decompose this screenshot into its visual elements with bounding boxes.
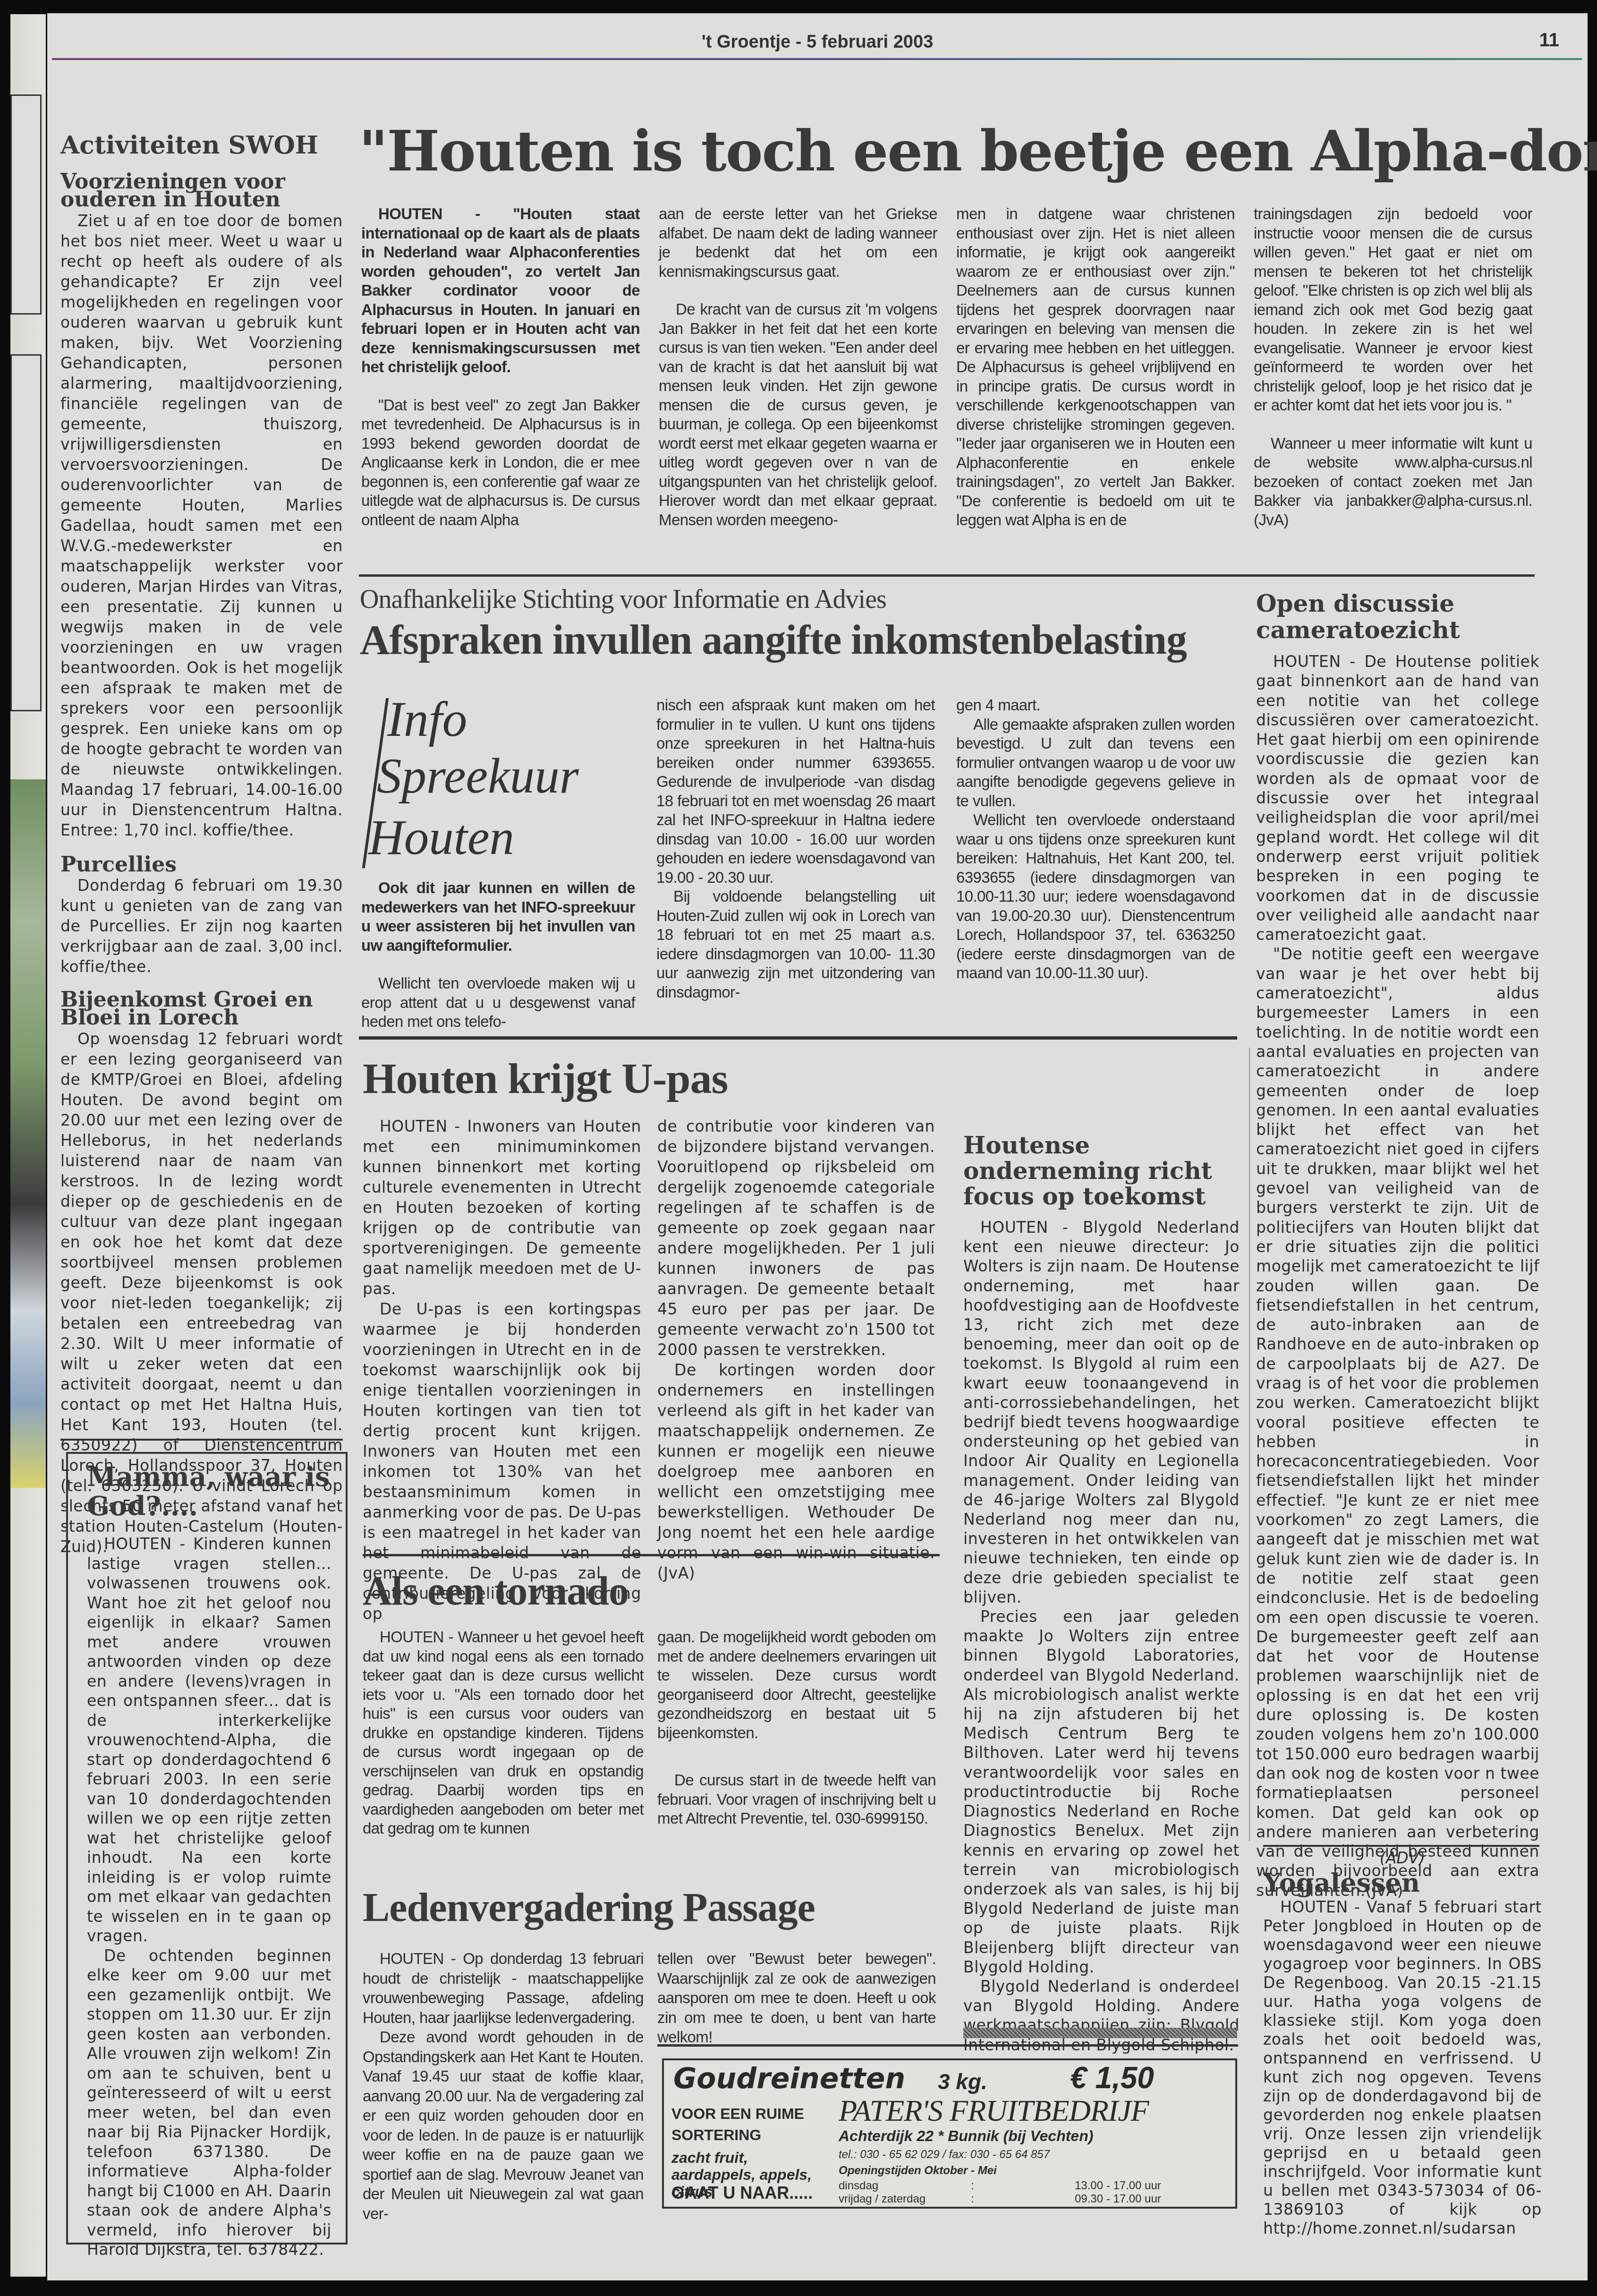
aangifte-col-2: nisch een afspraak kunt maken om het for…	[656, 696, 935, 1002]
article-title: Open discussie cameratoezicht	[1256, 590, 1539, 643]
alpha-col-3: men in datgene waar christenen enthousia…	[956, 205, 1235, 530]
ad-hours-day: vrijdag / zaterdag	[839, 2193, 926, 2206]
article-title: Mamma, waar is God?....	[87, 1462, 331, 1521]
article-body: HOUTEN - Kinderen kunnen lastige vragen …	[87, 1534, 331, 2260]
article-title: Yogalessen	[1263, 1868, 1542, 1898]
upas-col-1: HOUTEN - Inwoners van Houten met een min…	[363, 1116, 641, 1624]
hatched-divider	[963, 2028, 1237, 2038]
aangifte-col-3: gen 4 maart. Alle gemaakte afspraken zul…	[956, 696, 1235, 983]
alpha-col-4: trainingsdagen zijn bedoeld voor instruc…	[1254, 205, 1532, 529]
aangifte-col-1: Ook dit jaar kunnen en willen de medewer…	[361, 879, 635, 1032]
alpha-col-1: HOUTEN - "Houten staat internationaal op…	[361, 205, 640, 529]
ad-hours-day: dinsdag	[839, 2179, 878, 2193]
info-spreekuur-logo: Info Spreekuur Houten	[364, 693, 628, 873]
ad-weight: 3 kg.	[938, 2069, 987, 2094]
upas-col-2: de contributie voor kinderen van de bijz…	[657, 1116, 935, 1583]
camera-article: Open discussie cameratoezicht HOUTEN - D…	[1256, 590, 1539, 1900]
article-title: Houtense onderneming richt focus op toek…	[963, 1133, 1240, 1209]
ad-company: PATER'S FRUITBEDRIJF	[839, 2093, 1149, 2128]
divider	[359, 574, 1535, 577]
newspaper-page: 't Groentje - 5 februari 2003 11 Activit…	[47, 13, 1588, 2280]
swoh-section-title: Activiteiten SWOH	[60, 131, 343, 160]
paters-fruitbedrijf-ad: Goudreinetten 3 kg. € 1,50 VOOR EEN RUIM…	[662, 2058, 1237, 2209]
ad-contact: tel.: 030 - 65 62 029 / fax: 030 - 65 64…	[839, 2148, 1050, 2161]
passage-headline: Ledenvergadering Passage	[363, 1884, 815, 1931]
swoh-section: Activiteiten SWOH Voorzieningen voor oud…	[60, 131, 343, 1557]
ad-price: € 1,50	[1070, 2060, 1154, 2095]
page-number: 11	[1539, 30, 1559, 51]
ad-address: Achterdijk 22 * Bunnik (bij Vechten)	[839, 2127, 1093, 2145]
passage-col-1: HOUTEN - Op donderdag 13 februari houdt …	[363, 1949, 644, 2223]
adv-label: (ADV)	[1263, 1849, 1542, 1868]
logo-line: Houten	[368, 807, 514, 868]
article-title: Purcellies	[60, 854, 343, 875]
tornado-col-2: gaan. De mogelijkheid wordt geboden om m…	[657, 1628, 936, 1828]
mamma-box: Mamma, waar is God?.... HOUTEN - Kindere…	[66, 1452, 348, 2245]
alpha-col-2: aan de eerste letter van het Griekse alf…	[659, 205, 937, 529]
article-body: Ziet u af en toe door de bomen het bos n…	[60, 211, 343, 840]
ad-left-line: GAAT U NAAR.....	[671, 2183, 813, 2203]
ad-hours-sep: :	[971, 2193, 974, 2206]
article-body: Donderdag 6 februari om 19.30 kunt u gen…	[60, 875, 343, 977]
previous-page-edge	[10, 14, 46, 2277]
tornado-headline: Als een tornado	[363, 1567, 629, 1614]
tornado-col-1: HOUTEN - Wanneer u het gevoel heeft dat …	[363, 1628, 644, 1838]
aangifte-headline: Afspraken invullen aangifte inkomstenbel…	[360, 617, 1187, 664]
aangifte-kicker: Onafhankelijke Stichting voor Informatie…	[360, 584, 886, 615]
ad-product: Goudreinetten	[673, 2062, 905, 2095]
article-title: Bijeenkomst Groei en Bloei in Lorech	[60, 991, 343, 1027]
divider	[1263, 1845, 1539, 1847]
divider	[657, 2044, 1238, 2047]
article-body: HOUTEN - Vanaf 5 februari start Peter Jo…	[1263, 1898, 1542, 2238]
column-rule	[1249, 1048, 1250, 1841]
previous-page-box	[10, 354, 42, 711]
article-body: HOUTEN - Blygold Nederland kent een nieu…	[963, 1218, 1240, 2055]
ad-hours-sep: :	[971, 2179, 974, 2193]
logo-line: Info	[387, 689, 467, 750]
article-body: HOUTEN - De Houtense politiek gaat binne…	[1256, 652, 1539, 1900]
article-title: Voorzieningen voor ouderen in Houten	[60, 173, 343, 209]
ad-left-line: SORTERING	[671, 2126, 761, 2144]
upas-headline: Houten krijgt U-pas	[363, 1052, 728, 1104]
header-rule	[52, 58, 1582, 60]
previous-page-box	[10, 94, 42, 315]
divider	[359, 1036, 1237, 1040]
logo-line: Spreekuur	[377, 745, 579, 807]
ad-hours-time: 09.30 - 17.00 uur	[1075, 2193, 1161, 2206]
yoga-article: (ADV) Yogalessen HOUTEN - Vanaf 5 februa…	[1263, 1849, 1542, 2238]
divider	[363, 1554, 940, 1556]
ad-hours-time: 13.00 - 17.00 uur	[1075, 2179, 1161, 2193]
ad-hours-title: Openingstijden Oktober - Mei	[839, 2164, 997, 2177]
passage-col-2: tellen over "Bewust beter bewegen". Waar…	[657, 1949, 936, 2047]
divider	[60, 1439, 343, 1441]
previous-page-photo	[10, 779, 46, 1488]
blygold-article: Houtense onderneming richt focus op toek…	[963, 1133, 1240, 2055]
alpha-headline: "Houten is toch een beetje een Alpha-dor…	[359, 118, 1568, 184]
page-folio: 't Groentje - 5 februari 2003	[47, 32, 1588, 52]
ad-left-line: VOOR EEN RUIME	[671, 2105, 804, 2123]
